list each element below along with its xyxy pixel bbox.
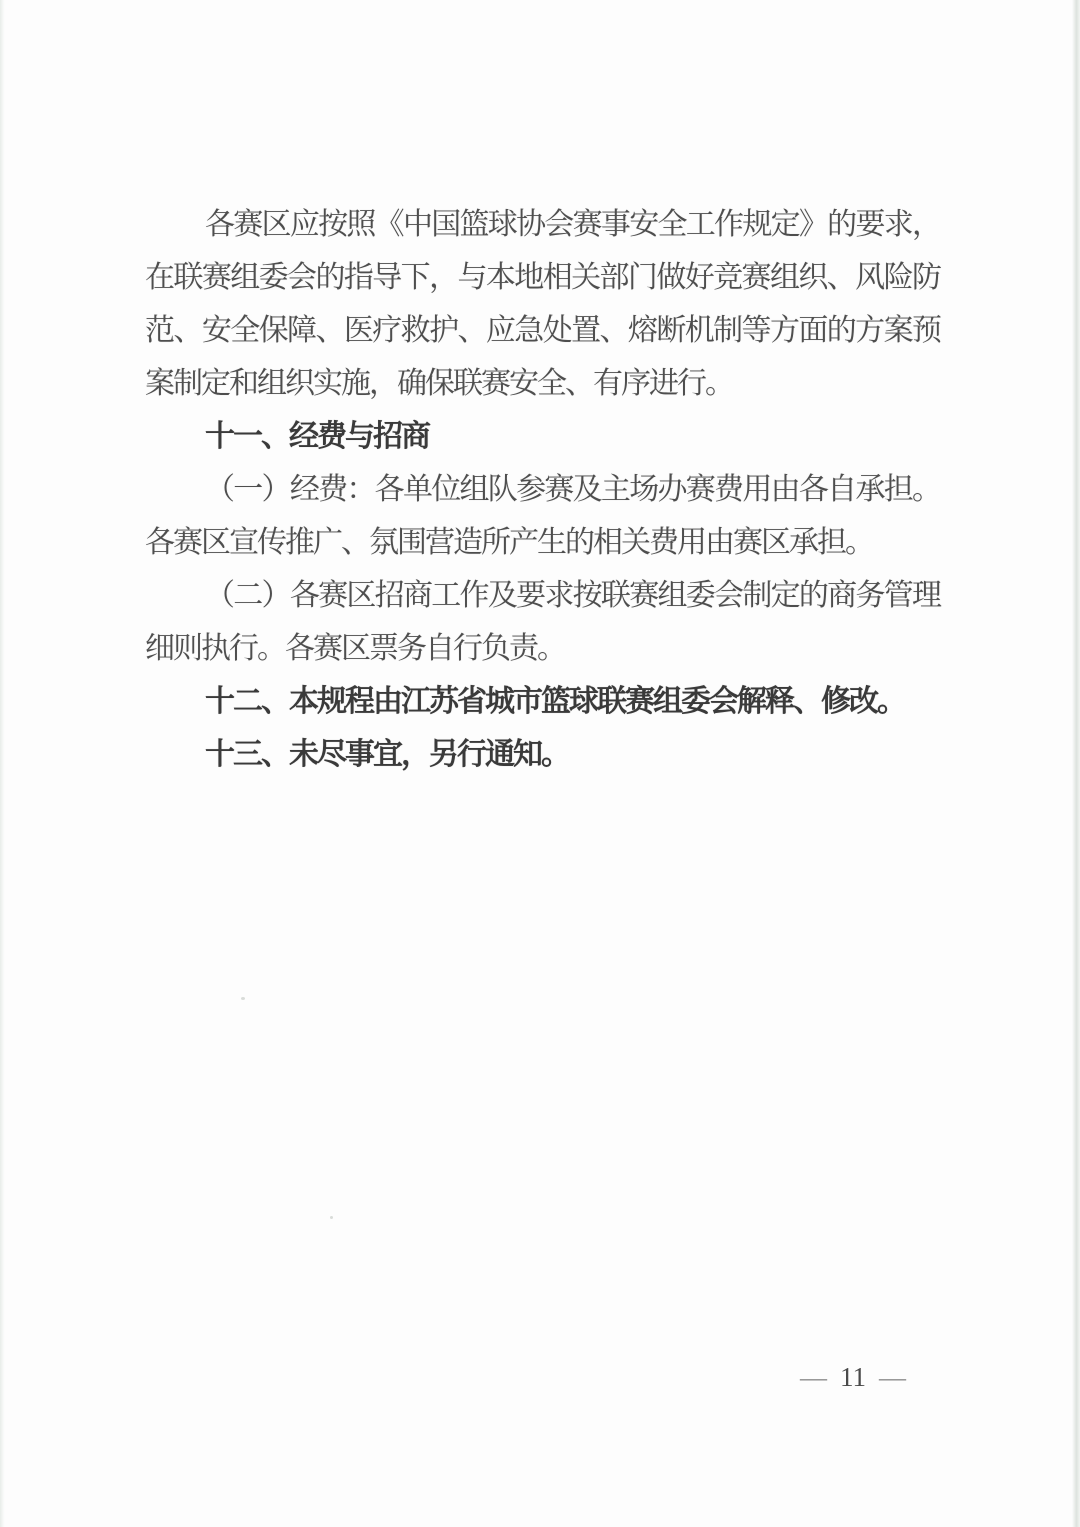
paragraph-funding: （一）经费：各单位组队参赛及主场办赛费用由各自承担。各赛区宣传推广、氛围营造所产…	[145, 463, 940, 569]
page-footer: —11—	[800, 1358, 906, 1396]
scan-speck	[241, 997, 245, 1000]
document-page: 各赛区应按照《中国篮球协会赛事安全工作规定》的要求，在联赛组委会的指导下，与本地…	[0, 0, 1080, 1527]
footer-dash-right: —	[879, 1362, 906, 1392]
paragraph-safety-requirements: 各赛区应按照《中国篮球协会赛事安全工作规定》的要求，在联赛组委会的指导下，与本地…	[145, 198, 940, 410]
heading-section-11-funding-sponsorship: 十一、经费与招商	[145, 410, 940, 463]
footer-dash-left: —	[800, 1362, 827, 1392]
scan-edge-right	[1072, 0, 1080, 1527]
scan-speck	[330, 1216, 333, 1219]
page-number: 11	[840, 1362, 866, 1392]
heading-section-12-interpretation: 十二、本规程由江苏省城市篮球联赛组委会解释、修改。	[145, 675, 940, 728]
paragraph-sponsorship: （二）各赛区招商工作及要求按联赛组委会制定的商务管理细则执行。各赛区票务自行负责…	[145, 569, 940, 675]
heading-section-13-other-matters: 十三、未尽事宜，另行通知。	[145, 728, 940, 781]
document-body: 各赛区应按照《中国篮球协会赛事安全工作规定》的要求，在联赛组委会的指导下，与本地…	[145, 198, 940, 781]
scan-edge-left	[0, 0, 5, 1527]
